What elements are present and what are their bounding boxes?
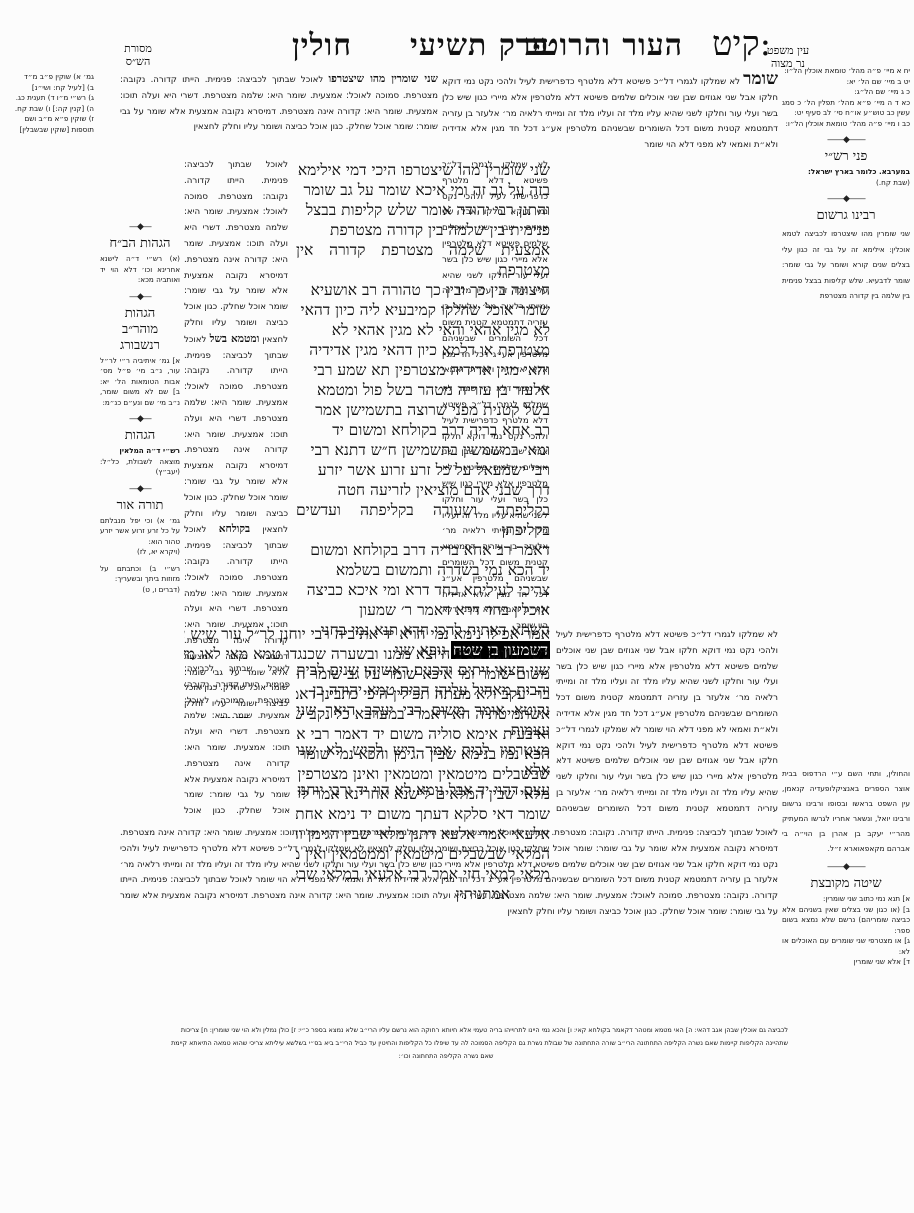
section-title-hagahot-habach: הגהות הב״ח: [100, 236, 180, 252]
torah-or-rashi-text: רש״י ב) וכתבתם על מזוזות ביתך ובשעריך:: [100, 564, 180, 585]
rashi-dibbur: שני שומרין מהו שיצטרפו: [329, 73, 439, 85]
ornament-divider-icon: ——◆——: [782, 135, 910, 145]
gemara-line: והתנן רבי יהודה אומר שלש קליפות בבצל: [296, 200, 550, 220]
gemara-line: מלאי שבין המלאים לישנא אחרינא אמר ליה מת…: [296, 784, 550, 804]
gemara-line: ואיבעית אימא סוליה משום יד דאמר רבי אלעא…: [296, 724, 550, 744]
ein-mishpat-note: יח א מיי׳ פ״ה מהל׳ טומאת אוכלין הל״ו:: [782, 66, 910, 77]
gemara-line: דאמר רב אחא בריה דרב בקולחא ומשום: [296, 540, 550, 560]
masoret-note: גמ׳ א) שוקין פ״ב מ״ד: [2, 72, 94, 83]
ein-mishpat-note: יט ב מיי׳ שם הל׳ יא:: [782, 77, 910, 88]
shita-note: ג] או מצטרפי שני שומרים עם האוכלים או לא…: [782, 936, 910, 957]
ornament-divider-icon: —◆—: [100, 292, 180, 302]
gemara-line: שני שומרין מהו שיצטרפו היכי דמי אילימא: [296, 160, 550, 180]
shita-note: ב] (או כגון שני בצלים שאין בשניהם אלא כב…: [782, 905, 910, 937]
gemara-line: יד הכא נמי בשדרה ותמשום בשלמא: [296, 560, 550, 580]
rashi-column-top: שני שומרין מהו שיצטרפו לאוכל שבתוך לכביצ…: [120, 72, 438, 158]
hagahot-2-subtitle: רש״י ד״ה המלאין: [100, 446, 180, 457]
section-title-pnei: פני רש״י: [782, 149, 910, 165]
section-subtitle-rashburg: מוהר״ב רנשבורג: [100, 322, 180, 354]
section-title-hagahot: הגהות: [100, 306, 180, 322]
shita-note: א] תנא נמי כתוב שני שומרין:: [782, 894, 910, 905]
gemara-line: פנימית בין שלמה בין קדורה מצטרפת: [296, 220, 550, 240]
gemara-line: אשתמיטתיה הא דאמרי במערבא כל נקב שהדיו ע…: [296, 704, 550, 724]
ornament-divider-icon: ——◆——: [782, 862, 910, 872]
bottom-note-line: שאם נשרה הקליפה התחתונה וכו׳:: [104, 1050, 788, 1063]
printer-note: והחולין, ותחי השם ע״י הרדפוס בבית אוצר ה…: [782, 766, 910, 856]
gemara-line: שומר אוכל שהלקו קמיבעיא ליה כיון דהאי: [296, 300, 550, 320]
gemara-line: אמצעית שלמה מצטרפת קדורה אין מצטרפת: [296, 240, 550, 280]
gemara-line: אוכלין בחד דרא דאמר ר׳ שמעון: [296, 600, 550, 620]
masoret-note: ז) שוקין פ״א מ״ב ושם: [2, 114, 94, 125]
gemara-line: דרך שבני אדם מוציאין לזריעה חטה: [296, 480, 550, 500]
shita-note: ד] אלא שני שומרין: [782, 957, 910, 968]
tosafot-text-lower: לא שמלקו לגמרי דל״כ פשיטא דלא מלטרף כדפר…: [556, 630, 778, 735]
masoret-note: ה) [קנין קה:] ו) שבת קח.: [2, 104, 94, 115]
masoret-title-line-1: מסורת: [108, 42, 168, 55]
tosafot-column-lower-2: לא שמלקו לגמרי דל״כ פשיטא דלא מלטרף כדפר…: [556, 628, 778, 818]
section-title-rabbeinu-gershom: רבינו גרשום: [782, 208, 910, 224]
gemara-line: בשר הנוגע בציב היוצא ממנו ובשערה שכנגדו …: [184, 644, 550, 664]
pnei-ref: (שבת קח.): [782, 178, 910, 189]
perek-ordinal: תשיעי: [410, 28, 487, 63]
gemara-line: רב אחא בריה דרב בקולחא ומשום יד: [296, 420, 550, 440]
ornament-divider-icon: ——◆——: [782, 194, 910, 204]
rabbeinu-gershom-text: שני שומרין מהו שיצטרפו לכביצה לטמא אוכלי…: [782, 226, 910, 766]
gemara-line: והאי מגין אדידיה מצטרפין תא שמע רבי: [296, 360, 550, 380]
tractate-name: חולין: [292, 28, 352, 63]
section-title-shita-mekubetzet: שיטה מקובצת: [782, 876, 910, 892]
gemara-line: רבי ישמעאל על כל זרע זרוע אשר יזרע: [296, 460, 550, 480]
ein-mishpat-note: כב ו מיי׳ פ״ה מהל׳ טומאת אוכלין הל״ו:: [782, 119, 910, 130]
ein-mishpat-title-line-1: עין משפט: [758, 44, 818, 57]
masoret-title-line-2: הש״ס: [108, 55, 168, 68]
masoret-note: ג) רש״י מ״ו ד) תענית כג.: [2, 93, 94, 104]
ornament-divider-icon: —◆—: [100, 222, 180, 232]
tosafot-text-lower-2: לא שמלקו לגמרי דל״כ פשיטא דלא מלטרף כדפר…: [556, 725, 778, 818]
bottom-commentary: לאוכל שבתוך לכביצה: פנימית. הייתו קדורה.…: [120, 826, 778, 1018]
gemara-line: ומאי במשמשין בתשמישן ח״ש דתנא רבי: [296, 440, 550, 460]
gemara-line: צריכי לעיליתא בחד דרא ומי איכא כביצה: [296, 580, 550, 600]
gemara-line: משום שומר ומי איכא שומר על גב שומר הלהול…: [296, 664, 550, 684]
hagahot-rashburg-text: א] גמ׳ איתיביה ר״י לר״ל עור, נ״ב מי׳ פ״ל…: [100, 356, 180, 409]
torah-or-text: גמ׳ א) וכי יפל מנבלתם על כל זרע זרוע אשר…: [100, 516, 180, 548]
tosafot-column: שומר לא שמלקו לגמרי דל״כ פשיטא דלא מלטרף…: [442, 72, 778, 158]
rashi-text-cont: לאוכל שבתוך לכביצה: פנימית. הייתו קדורה.…: [184, 160, 288, 345]
bottom-note-line: שתהיינה הקליפות קיימות שאם נשרה הקליפה ה…: [104, 1037, 788, 1050]
gemara-line: שומר דאי סלקא דעתך משום יד נימא אחת למאי…: [296, 804, 550, 824]
gemara-line: בשל קטנית מפני שרוצה בתשמישן אמר: [296, 400, 550, 420]
left-margin-sections: —◆— הגהות הב״ח (א) רש״י ד״ה לישנא אחרינא…: [100, 222, 180, 595]
rashi-dibbur-2: ומטמא בשל: [210, 333, 260, 345]
gemara-line: מצטרפת או דלמא כיון דהאי מגין אדידיה: [296, 340, 550, 360]
torah-or-ref: (ויקרא יא, לז): [100, 547, 180, 558]
ein-mishpat-notes: יח א מיי׳ פ״ה מהל׳ טומאת אוכלין הל״ו: יט…: [782, 66, 910, 129]
ornament-divider-icon: —◆—: [100, 484, 180, 494]
gemara-line: חיצונה בין כך ובין כך טהורה רב אושעיא: [296, 280, 550, 300]
chapter-word-2: והרוטב: [525, 28, 611, 63]
masoret-hashas-title: מסורת הש״ס: [108, 42, 168, 68]
gemara-line: אלעזר בן עזריה מטהר בשל פול ומטמא: [296, 380, 550, 400]
gemara-line: לא מגין אהאי והאי לא מגין אהאי לא: [296, 320, 550, 340]
tosafot-text: לא שמלקו לגמרי דל״כ פשיטא דלא מלטרף כדפר…: [442, 77, 778, 150]
right-margin: יח א מיי׳ פ״ה מהל׳ טומאת אוכלין הל״ו: יט…: [782, 66, 910, 968]
hagahot-2-text: מוצאה לשבולת, כל״ל: (יעב״ץ): [100, 457, 180, 478]
rashi-column-lower: לאוכל שבתוך לכביצה: פנימית. הייתו קדורה.…: [184, 662, 290, 822]
torah-or-rashi-ref: (דברים ו, ט): [100, 585, 180, 596]
rashi-dibbur-3: בקולחא: [219, 523, 250, 535]
rashi-text-cont-2: לאוכל שבתוך לכביצה: פנימית. הייתו קדורה.…: [184, 335, 288, 536]
pnei-text: במערבא. כלומר בארץ ישראל:: [782, 167, 910, 178]
ein-mishpat-note: כא ד ה מיי׳ פ״א מהל׳ תפלין הל׳ כ סמג עשי…: [782, 98, 910, 119]
bottom-note-line: לכביצה גם אוכלין שבהן אגב דהאי: ה] האי מ…: [104, 1024, 788, 1037]
chapter-word-1: העור: [622, 28, 683, 63]
section-title-torah-or: תורה אור: [100, 498, 180, 514]
gemara-line: בזה על גב זה ומי איכא שומר על גב שומר: [296, 180, 550, 200]
tosafot-opening-word: שומר: [743, 72, 778, 89]
left-margin: גמ׳ א) שוקין פ״ב מ״ד ב) [לעיל קח: ושי״נ]…: [2, 72, 94, 135]
gemara-line: בר יעקב ולא מעתה תפילין היכי כתבינן דאמר…: [296, 684, 550, 704]
masoret-note: תוספות [שוקין שבשבלין]: [2, 125, 94, 136]
section-title-hagahot-2: הגהות: [100, 428, 180, 444]
ornament-divider-icon: —◆—: [100, 414, 180, 424]
gemara-line: אמר אפילו נימא נמי הויא יד אתיביה רבי יו…: [184, 624, 550, 644]
rashi-text-lower: לאוכל שבתוך לכביצה: פנימית. הייתו קדורה.…: [184, 664, 290, 822]
masoret-note: ב) [לעיל קח: ושי״נ]: [2, 83, 94, 94]
chapter-name: העור והרוטב: [525, 28, 683, 63]
gemara-line: בקליפתה ושעורה בקליפתה ועדשים בקליפתן: [296, 500, 550, 540]
bottom-notes: לכביצה גם אוכלין שבהן אגב דהאי: ה] האי מ…: [104, 1024, 788, 1063]
hagahot-habach-text: (א) רש״י ד״ה לישנא אחרינא וכו׳ דלא הוי י…: [100, 254, 180, 286]
ein-mishpat-note: כ ג מיי׳ שם הל״ג:: [782, 87, 910, 98]
gemara-line: הכא נמי בנימא שבין הגימן והכא נמי שומר א…: [296, 744, 550, 764]
gemara-line: שבשבלים מיטמאין ומטמאין ואינן מצטרפין מל…: [296, 764, 550, 784]
gemara-text-wide: אמר אפילו נימא נמי הויא יד אתיביה רבי יו…: [184, 624, 550, 664]
